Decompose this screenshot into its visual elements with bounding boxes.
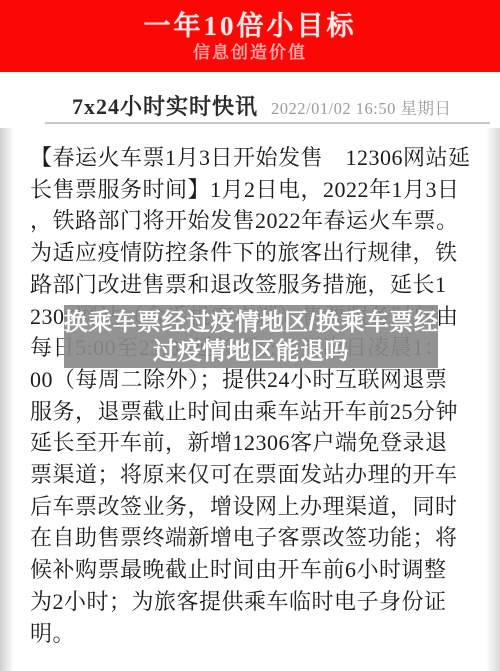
article-line: 长售票服务时间】1月2日电，2022年1月3日 <box>30 174 475 206</box>
site-slogan: 信息创造价值 <box>193 42 307 63</box>
news-feed-label: 7x24小时实时快讯 <box>72 90 258 121</box>
article-line: 服务，退票截止时间由乘车站开车前25分钟 <box>30 396 475 428</box>
article-line: 00（每周二除外）；提供24小时互联网退票 <box>30 364 475 396</box>
caption-line: 过疫情地区能退吗 <box>153 337 349 366</box>
divider-line <box>45 122 490 124</box>
article-body: 【春运火车票1月3日开始发售 12306网站延长售票服务时间】1月2日电，202… <box>30 142 475 649</box>
article-line: 明。 <box>30 618 475 650</box>
article-line: 【春运火车票1月3日开始发售 12306网站延 <box>30 142 475 174</box>
caption-overlay: 换乘车票经过疫情地区/换乘车票经过疫情地区能退吗 <box>64 305 438 368</box>
article-line: 候补购票最晚截止时间由开车前6小时调整 <box>30 554 475 586</box>
caption-line: 换乘车票经过疫情地区/换乘车票经 <box>64 308 439 337</box>
article-line: 为2小时；为旅客提供乘车临时电子身份证 <box>30 586 475 618</box>
left-edge-shadow <box>0 128 14 671</box>
article-line: ，铁路部门将开始发售2022年春运火车票。 <box>30 205 475 237</box>
article-page: 一年10倍小目标 信息创造价值 7x24小时实时快讯 2022/01/02 16… <box>0 0 500 671</box>
article-line: 路部门改进售票和退改签服务措施，延长1 <box>30 269 475 301</box>
article-line: 后车票改签业务，增设网上办理渠道，同时 <box>30 491 475 523</box>
article-line: 为适应疫情防控条件下的旅客出行规律，铁 <box>30 237 475 269</box>
timestamp: 2022/01/02 16:50 星期日 <box>271 95 452 119</box>
article-line: 在自助售票终端新增电子客票改签功能；将 <box>30 522 475 554</box>
site-title: 一年10倍小目标 <box>144 11 357 41</box>
site-banner: 一年10倍小目标 信息创造价值 <box>0 0 500 72</box>
article-line: 延长至开车前，新增12306客户端免登录退 <box>30 427 475 459</box>
right-edge-shadow <box>486 128 500 671</box>
article-line: 票渠道；将原来仅可在票面发站办理的开车 <box>30 459 475 491</box>
